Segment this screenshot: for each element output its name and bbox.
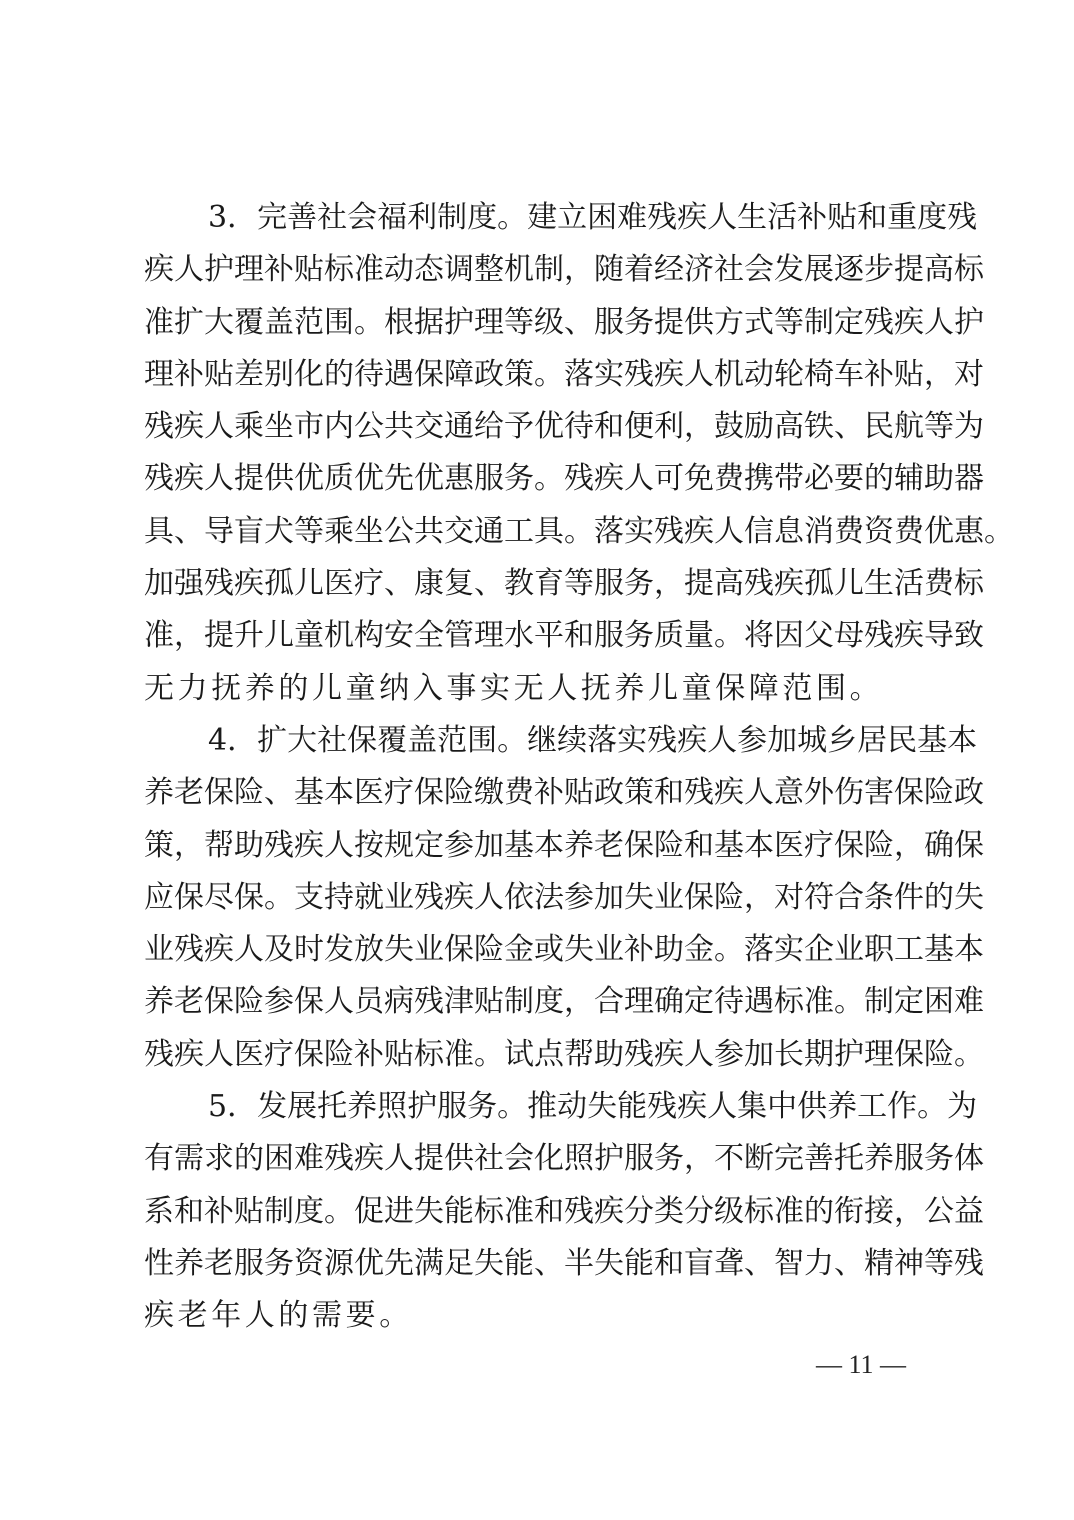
text-line: 系和补贴制度。促进失能标准和残疾分类分级标准的衔接，公益 xyxy=(144,1190,942,1242)
paragraph-3: 3．完善社会福利制度。建立困难残疾人生活补贴和重度残 疾人护理补贴标准动态调整机… xyxy=(144,196,942,719)
text-line: 养老保险、基本医疗保险缴费补贴政策和残疾人意外伤害保险政 xyxy=(144,771,942,823)
paragraph-4: 4．扩大社保覆盖范围。继续落实残疾人参加城乡居民基本 养老保险、基本医疗保险缴费… xyxy=(144,719,942,1085)
text-line: 理补贴差别化的待遇保障政策。落实残疾人机动轮椅车补贴，对 xyxy=(144,353,942,405)
text-line: 准，提升儿童机构安全管理水平和服务质量。将因父母残疾导致 xyxy=(144,614,942,666)
text-line: 有需求的困难残疾人提供社会化照护服务，不断完善托养服务体 xyxy=(144,1137,942,1189)
text-line: 具、导盲犬等乘坐公共交通工具。落实残疾人信息消费资费优惠。 xyxy=(144,510,942,562)
text-line: 5．发展托养照护服务。推动失能残疾人集中供养工作。为 xyxy=(144,1085,942,1137)
document-body: 3．完善社会福利制度。建立困难残疾人生活补贴和重度残 疾人护理补贴标准动态调整机… xyxy=(144,196,942,1347)
document-page: 3．完善社会福利制度。建立困难残疾人生活补贴和重度残 疾人护理补贴标准动态调整机… xyxy=(0,0,1074,1520)
text-line: 残疾人医疗保险补贴标准。试点帮助残疾人参加长期护理保险。 xyxy=(144,1033,942,1085)
text-line: 加强残疾孤儿医疗、康复、教育等服务，提高残疾孤儿生活费标 xyxy=(144,562,942,614)
text-line: 准扩大覆盖范围。根据护理等级、服务提供方式等制定残疾人护 xyxy=(144,301,942,353)
text-line: 4．扩大社保覆盖范围。继续落实残疾人参加城乡居民基本 xyxy=(144,719,942,771)
text-line: 业残疾人及时发放失业保险金或失业补助金。落实企业职工基本 xyxy=(144,928,942,980)
text-line: 3．完善社会福利制度。建立困难残疾人生活补贴和重度残 xyxy=(144,196,942,248)
page-number: — 11 — xyxy=(806,1350,916,1380)
text-line: 残疾人乘坐市内公共交通给予优待和便利，鼓励高铁、民航等为 xyxy=(144,405,942,457)
text-line: 疾老年人的需要。 xyxy=(144,1294,942,1346)
text-line: 疾人护理补贴标准动态调整机制，随着经济社会发展逐步提高标 xyxy=(144,248,942,300)
text-line: 应保尽保。支持就业残疾人依法参加失业保险，对符合条件的失 xyxy=(144,876,942,928)
text-line: 养老保险参保人员病残津贴制度，合理确定待遇标准。制定困难 xyxy=(144,980,942,1032)
text-line: 策，帮助残疾人按规定参加基本养老保险和基本医疗保险，确保 xyxy=(144,824,942,876)
paragraph-5: 5．发展托养照护服务。推动失能残疾人集中供养工作。为 有需求的困难残疾人提供社会… xyxy=(144,1085,942,1346)
text-line: 残疾人提供优质优先优惠服务。残疾人可免费携带必要的辅助器 xyxy=(144,457,942,509)
text-line: 无力抚养的儿童纳入事实无人抚养儿童保障范围。 xyxy=(144,667,942,719)
text-line: 性养老服务资源优先满足失能、半失能和盲聋、智力、精神等残 xyxy=(144,1242,942,1294)
